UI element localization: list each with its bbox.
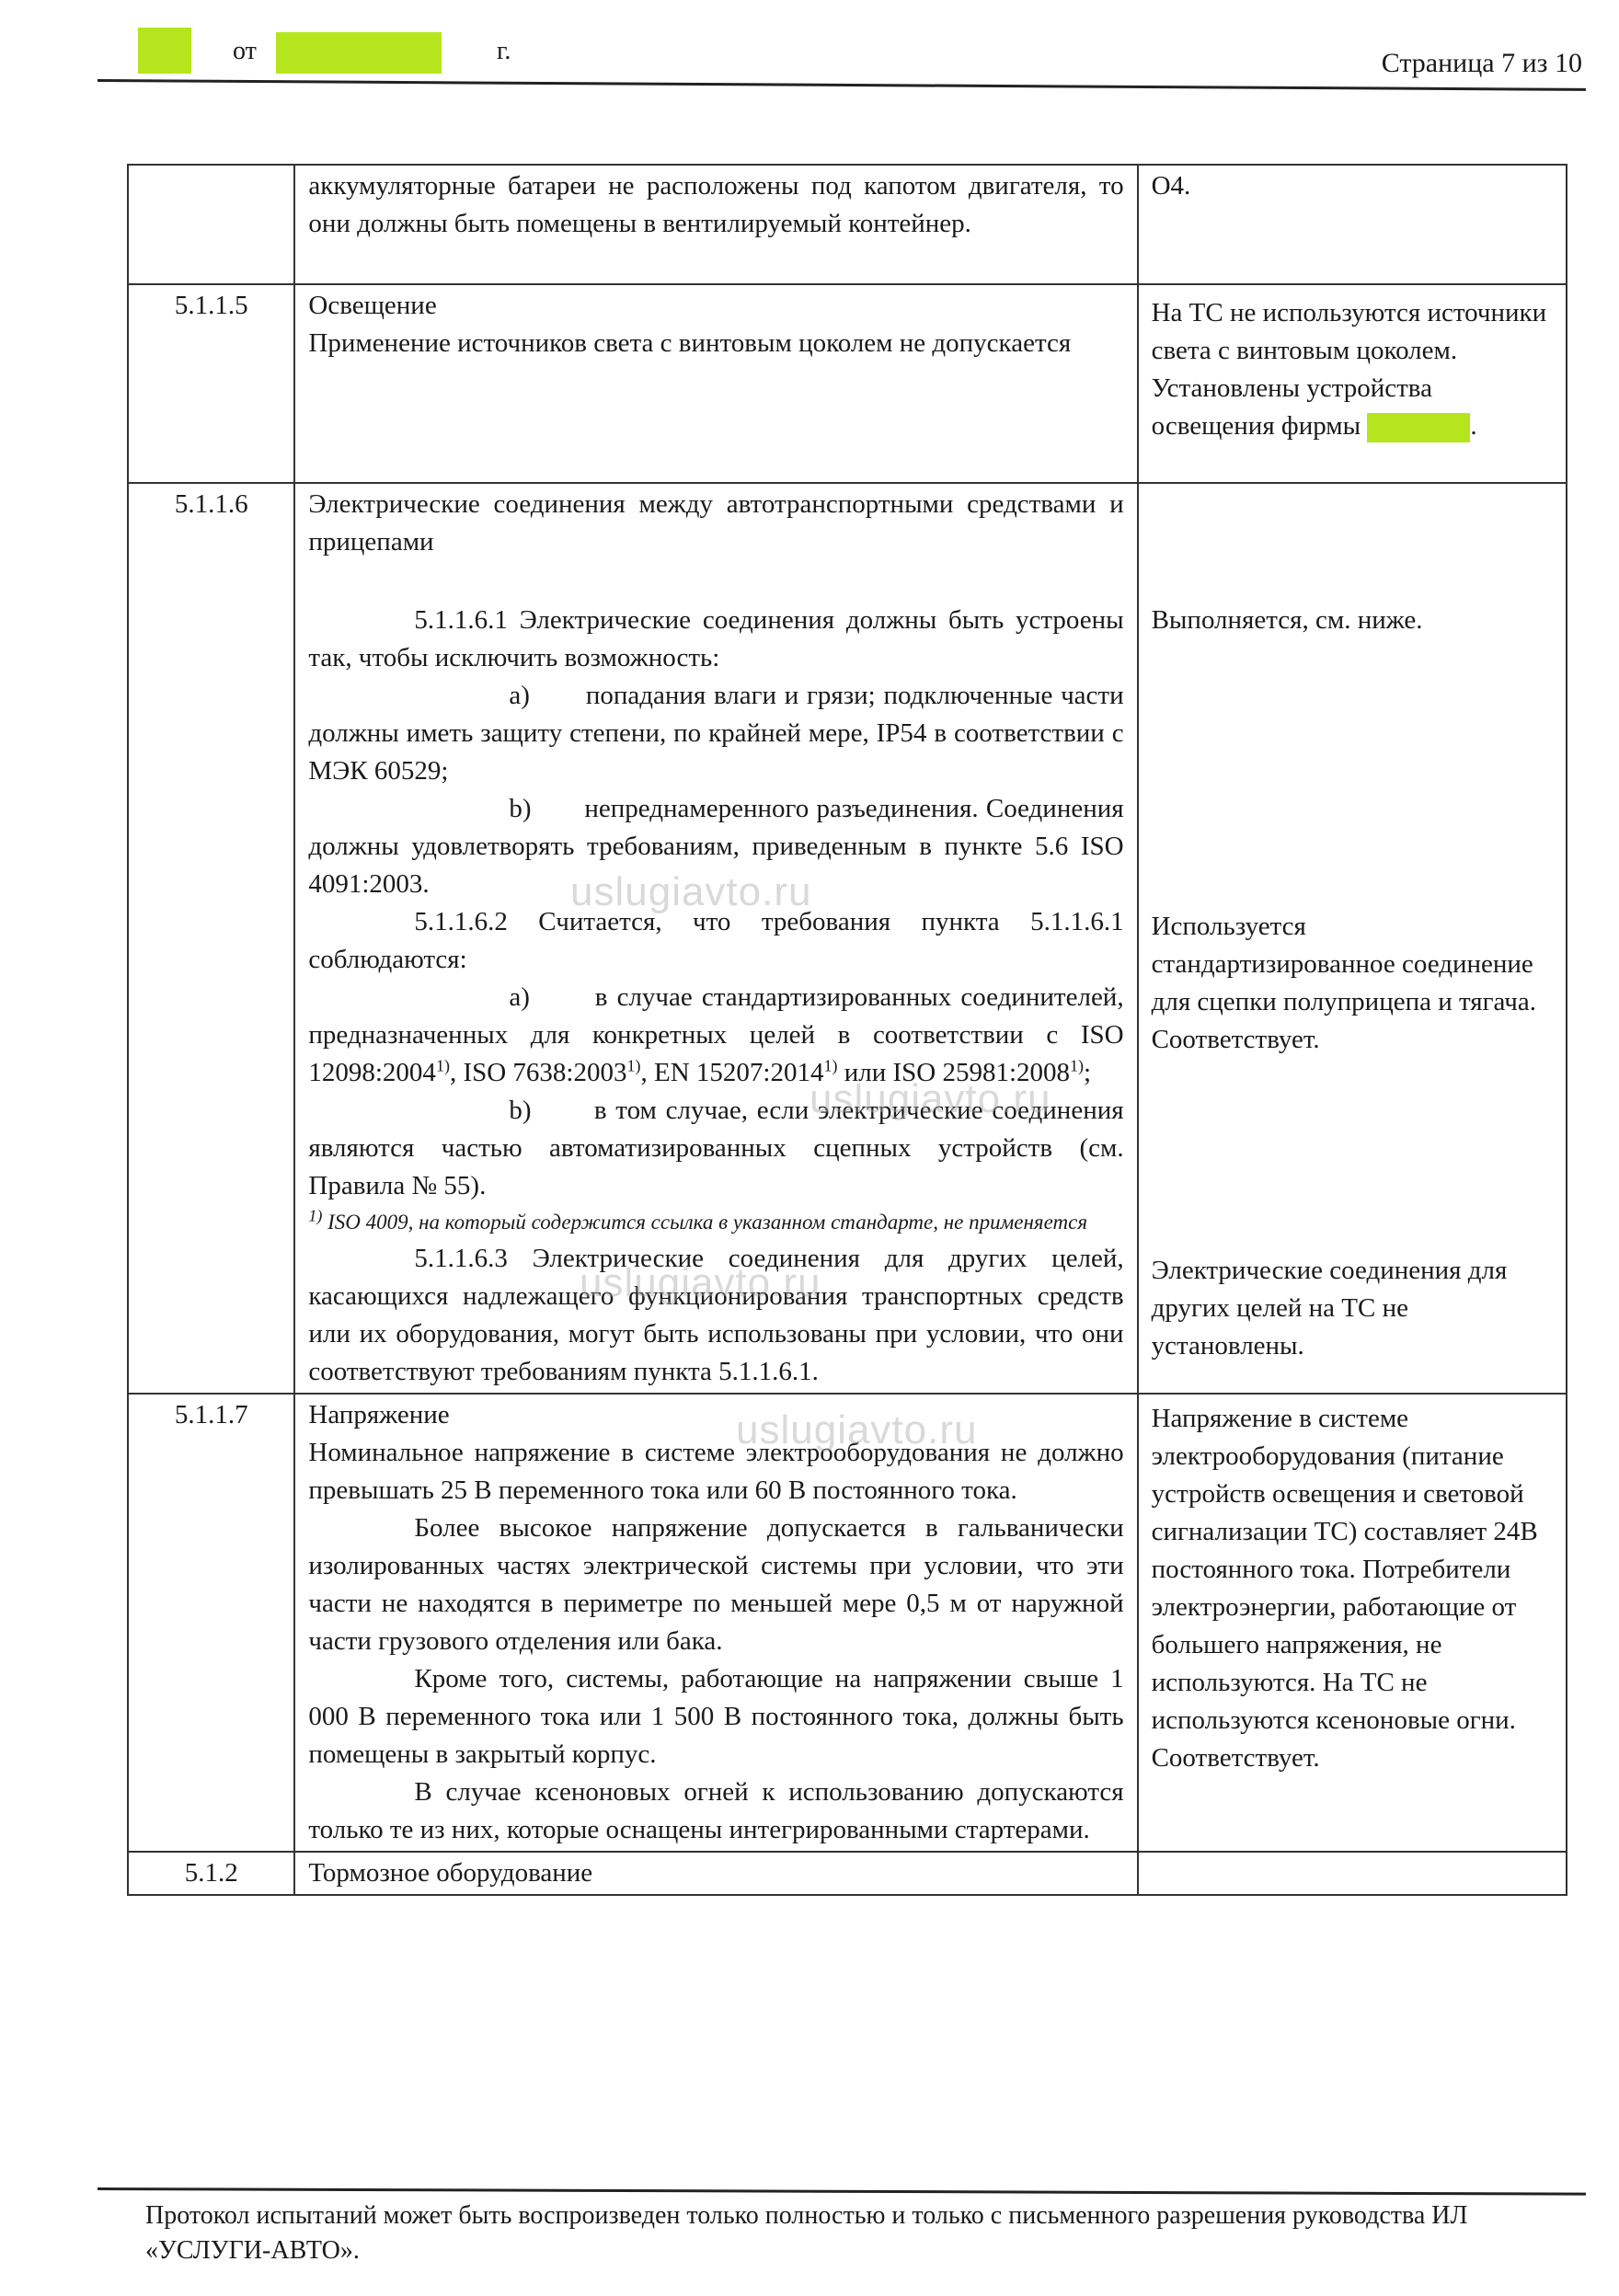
table-row: 5.1.1.6 Электрические соединения между а…	[128, 483, 1567, 1394]
result-cell	[1138, 1852, 1567, 1895]
requirement-text: Кроме того, системы, работающие на напря…	[308, 1660, 1123, 1774]
requirement-title: Тормозное оборудование	[294, 1852, 1137, 1895]
requirement-title: Электрические соединения между автотранс…	[308, 486, 1123, 561]
result-cell: Напряжение в системе электрооборудования…	[1138, 1394, 1567, 1852]
requirements-table: аккумуляторные батареи не расположены по…	[127, 164, 1567, 1896]
page-number: Страница 7 из 10	[1382, 48, 1582, 79]
requirement-text: Номинальное напряжение в системе электро…	[308, 1434, 1123, 1510]
watermark: uslugiavto.ru	[580, 1260, 821, 1306]
redacted-manufacturer	[1367, 413, 1470, 442]
watermark: uslugiavto.ru	[809, 1076, 1051, 1122]
footnote: 1) ISO 4009, на который содержится ссылк…	[308, 1205, 1123, 1240]
watermark: uslugiavto.ru	[570, 869, 811, 915]
redacted-protocol-number	[138, 28, 191, 74]
row-number: 5.1.2	[128, 1852, 294, 1895]
page-header: от г. Страница 7 из 10	[138, 28, 1582, 83]
watermark: uslugiavto.ru	[736, 1407, 977, 1453]
row-number	[128, 165, 294, 284]
result-text: Используется стандартизированное соедине…	[1152, 908, 1553, 1059]
header-year-suffix: г.	[497, 37, 511, 66]
table-row: 5.1.1.5 Освещение Применение источников …	[128, 284, 1567, 483]
result-cell: О4.	[1138, 165, 1567, 284]
result-text: На ТС не используются источники света с …	[1152, 298, 1547, 441]
result-cell: На ТС не используются источники света с …	[1138, 284, 1567, 483]
table-row: аккумуляторные батареи не расположены по…	[128, 165, 1567, 284]
footer-rule	[98, 2187, 1586, 2196]
requirement-text: В случае ксеноновых огней к использовани…	[308, 1774, 1123, 1849]
table-row: 5.1.1.7 Напряжение Номинальное напряжени…	[128, 1394, 1567, 1852]
requirement-cell: аккумуляторные батареи не расположены по…	[294, 165, 1137, 284]
result-verdict: Соответствует.	[1152, 1739, 1553, 1777]
requirement-text: Применение источников света с винтовым ц…	[308, 325, 1123, 362]
result-text: Напряжение в системе электрооборудования…	[1152, 1400, 1553, 1739]
row-number: 5.1.1.6	[128, 483, 294, 1394]
requirement-cell: Напряжение Номинальное напряжение в сист…	[294, 1394, 1137, 1852]
row-number: 5.1.1.7	[128, 1394, 294, 1852]
requirement-title: Освещение	[308, 287, 1123, 325]
requirement-cell: Электрические соединения между автотранс…	[294, 483, 1137, 1394]
result-cell: Выполняется, см. ниже. Используется стан…	[1138, 483, 1567, 1394]
requirement-title: Напряжение	[308, 1396, 1123, 1434]
clause-item-a: a) попадания влаги и грязи; подключенные…	[308, 677, 1123, 790]
requirement-text: аккумуляторные батареи не расположены по…	[308, 167, 1123, 243]
header-from-label: от	[233, 37, 257, 66]
requirement-text: Более высокое напряжение допускается в г…	[308, 1510, 1123, 1660]
requirement-cell: Освещение Применение источников света с …	[294, 284, 1137, 483]
footer-disclaimer: Протокол испытаний может быть воспроизве…	[145, 2198, 1553, 2268]
table-row: 5.1.2 Тормозное оборудование	[128, 1852, 1567, 1895]
result-text: Электрические соединения для других целе…	[1152, 1252, 1553, 1365]
clause-5-1-1-6-1: 5.1.1.6.1 Электрические соединения должн…	[308, 602, 1123, 677]
row-number: 5.1.1.5	[128, 284, 294, 483]
redacted-date	[276, 32, 442, 74]
result-text: Выполняется, см. ниже.	[1152, 602, 1553, 639]
clause-item-a: a) в случае стандартизированных соединит…	[308, 979, 1123, 1092]
